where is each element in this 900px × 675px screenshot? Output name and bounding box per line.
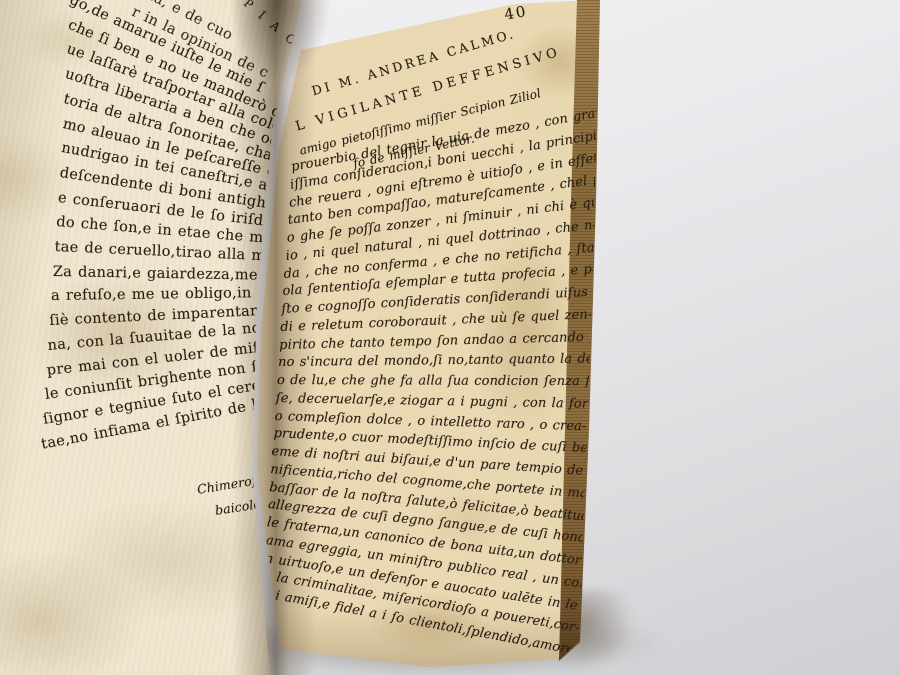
gutter-top-shadow <box>225 0 335 90</box>
gutter-shadow <box>232 0 316 675</box>
photo-open-antique-book: ua, e de cuo r in la opinion de c P I A … <box>0 0 900 675</box>
